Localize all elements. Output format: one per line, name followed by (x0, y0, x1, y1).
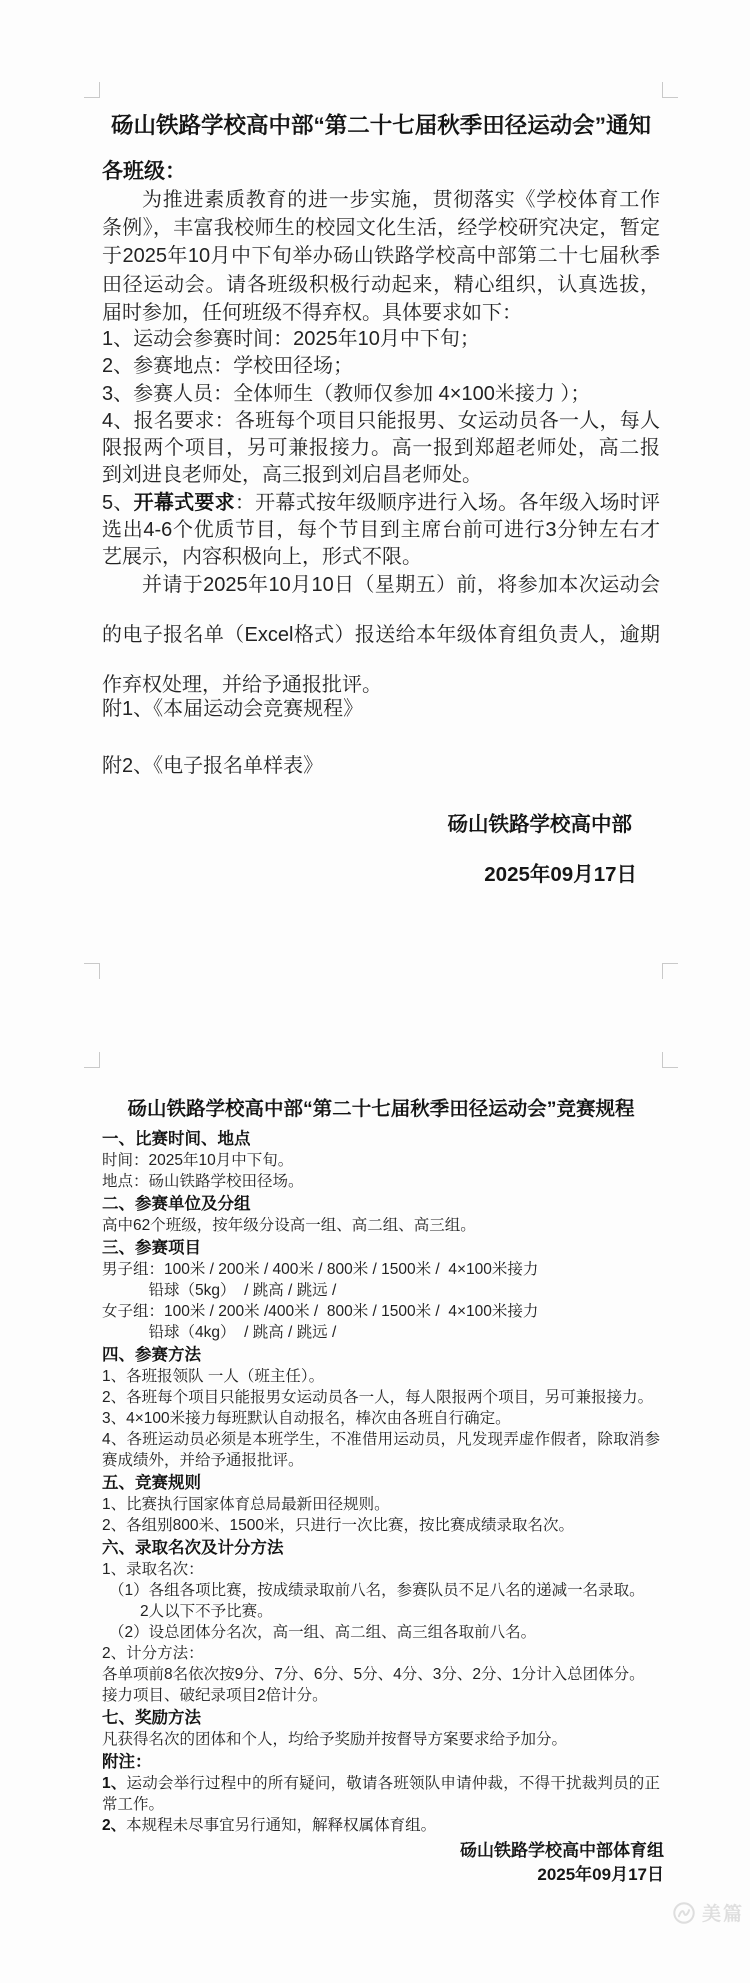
section-1-line: 地点：砀山铁路学校田径场。 (102, 1171, 660, 1192)
section-6-line: 接力项目、破纪录项目2倍计分。 (102, 1685, 660, 1706)
notice-item-list: 1、运动会参赛时间：2025年10月中下旬； 2、参赛地点：学校田径场； 3、参… (102, 326, 660, 572)
section-3-heading: 三、参赛项目 (102, 1238, 660, 1259)
scanned-document: 砀山铁路学校高中部“第二十七届秋季田径运动会”通知 各班级： 为推进素质教育的进… (0, 0, 750, 1983)
notice-signature: 砀山铁路学校高中部 (102, 807, 660, 837)
section-3-line-women: 女子组：100米 / 200米 /400米 / 800米 / 1500米 / 4… (102, 1301, 660, 1322)
notice-item-5-number: 5、 (102, 492, 134, 514)
attachment-1: 附1、《本届运动会竞赛规程》 (102, 692, 363, 721)
section-2-heading: 二、参赛单位及分组 (102, 1194, 660, 1215)
section-1-heading: 一、比赛时间、地点 (102, 1129, 660, 1150)
regulations-body: 一、比赛时间、地点 时间：2025年10月中下旬。 地点：砀山铁路学校田径场。 … (102, 1127, 660, 1836)
section-6-heading: 六、录取名次及计分方法 (102, 1538, 660, 1559)
regulations-signature: 砀山铁路学校高中部体育组 (102, 1836, 664, 1861)
section-5-line: 2、各组别800米、1500米，只进行一次比赛，按比赛成绩录取名次。 (102, 1515, 660, 1536)
attachment-2: 附2、《电子报名单样表》 (102, 749, 323, 778)
section-6-line: 2、计分方法： (102, 1643, 660, 1664)
watermark-brand-text: 美篇 (702, 1899, 744, 1926)
regulations-title: 砀山铁路学校高中部“第二十七届秋季田径运动会”竞赛规程 (102, 1093, 660, 1121)
crop-mark-page1-top-left (84, 82, 100, 98)
notice-date: 2025年09月17日 (102, 857, 660, 887)
section-4-line: 1、各班报领队 一人（班主任）。 (102, 1366, 660, 1387)
section-4-line: 3、4×100米接力每班默认自动报名，棒次由各班自行确定。 (102, 1408, 660, 1429)
note-1: 1、运动会举行过程中的所有疑问，敬请各班领队申请仲裁，不得干扰裁判员的正常工作。 (102, 1773, 660, 1815)
section-4-line: 2、各班每个项目只能报男女运动员各一人，每人限报两个项目，另可兼报接力。 (102, 1387, 660, 1408)
section-7-heading: 七、奖励方法 (102, 1708, 660, 1729)
notice-item-4: 4、报名要求：各班每个项目只能报男、女运动员各一人，每人限报两个项目，另可兼报接… (102, 408, 660, 490)
meipian-logo-icon (672, 1901, 696, 1925)
notice-title: 砀山铁路学校高中部“第二十七届秋季田径运动会”通知 (102, 108, 660, 140)
section-6-line: 各单项前8名依次按9分、7分、6分、5分、4分、3分、2分、1分计入总团体分。 (102, 1664, 660, 1685)
section-4-line: 4、各班运动员必须是本班学生，不准借用运动员，凡发现弄虚作假者，除取消参赛成绩外… (102, 1429, 660, 1471)
section-1-line: 时间：2025年10月中下旬。 (102, 1150, 660, 1171)
notice-closing-paragraph: 并请于2025年10月10日（星期五）前，将参加本次运动会的电子报名单（Exce… (102, 560, 660, 710)
notice-intro-paragraph: 为推进素质教育的进一步实施，贯彻落实《学校体育工作条例》，丰富我校师生的校园文化… (102, 186, 660, 327)
section-3-line-men-field: 铅球（5kg） / 跳高 / 跳远 / (102, 1280, 660, 1301)
section-4-heading: 四、参赛方法 (102, 1345, 660, 1366)
crop-mark-page1-top-right (662, 82, 678, 98)
regulations-date: 2025年09月17日 (102, 1860, 664, 1885)
section-6-line: 1、录取名次： (102, 1559, 660, 1580)
note-2-number: 2、 (102, 1817, 126, 1834)
note-2: 2、本规程未尽事宜另行通知，解释权属体育组。 (102, 1815, 660, 1836)
section-3-line-women-field: 铅球（4kg） / 跳高 / 跳远 / (102, 1322, 660, 1343)
crop-mark-page2-top-left (84, 1052, 100, 1068)
section-3-line-men: 男子组：100米 / 200米 / 400米 / 800米 / 1500米 / … (102, 1259, 660, 1280)
notice-salutation: 各班级： (102, 155, 186, 185)
section-6-line-paren-1: （1）各组各项比赛，按成绩录取前八名，参赛队员不足八名的递减一名录取。 (102, 1580, 660, 1601)
note-1-text: 运动会举行过程中的所有疑问，敬请各班领队申请仲裁，不得干扰裁判员的正常工作。 (102, 1775, 660, 1813)
section-2-line: 高中62个班级，按年级分设高一组、高二组、高三组。 (102, 1215, 660, 1236)
note-2-text: 本规程未尽事宜另行通知，解释权属体育组。 (126, 1817, 436, 1834)
notice-item-2: 2、参赛地点：学校田径场； (102, 353, 660, 380)
notice-item-1: 1、运动会参赛时间：2025年10月中下旬； (102, 326, 660, 353)
note-1-number: 1、 (102, 1775, 127, 1792)
crop-mark-page1-bottom-left (84, 963, 100, 979)
notice-item-5-bold: 开幕式要求 (134, 492, 235, 514)
section-5-heading: 五、竞赛规则 (102, 1473, 660, 1494)
crop-mark-page1-bottom-right (662, 963, 678, 979)
notice-item-3: 3、参赛人员：全体师生（教师仅参加 4×100米接力 ）； (102, 381, 660, 408)
crop-mark-page2-top-right (662, 1052, 678, 1068)
section-6-line-continuation: 2人以下不予比赛。 (102, 1601, 660, 1622)
meipian-watermark: 美篇 (672, 1899, 744, 1926)
section-6-line-paren-2: （2）设总团体分名次，高一组、高二组、高三组各取前八名。 (102, 1622, 660, 1643)
section-7-line: 凡获得名次的团体和个人，均给予奖励并按督导方案要求给予加分。 (102, 1729, 660, 1750)
section-5-line: 1、比赛执行国家体育总局最新田径规则。 (102, 1494, 660, 1515)
notes-heading: 附注： (102, 1752, 660, 1773)
